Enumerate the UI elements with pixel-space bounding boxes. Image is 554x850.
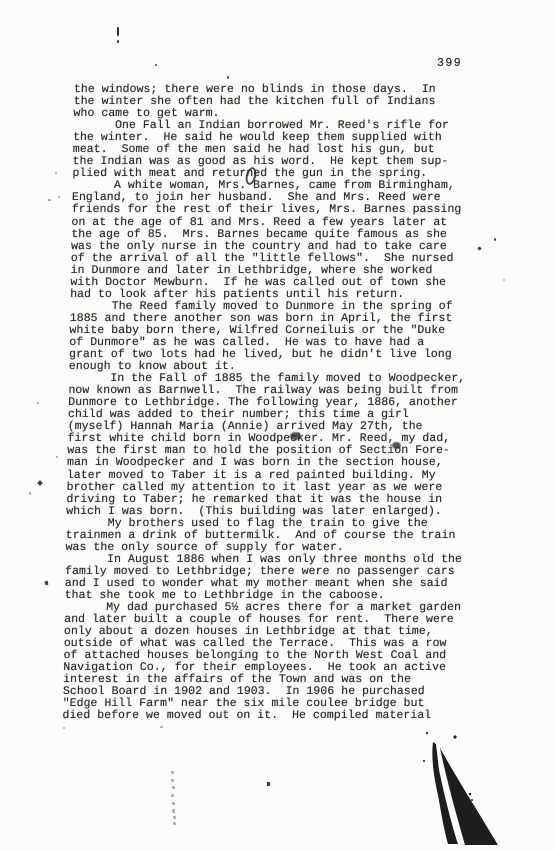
pen-mark-exclamation-icon [117,27,119,36]
fold-dot [172,786,175,789]
pen-mark-diamond [37,480,43,486]
paragraph-flag-train: My brothers used to flag the train to gi… [65,518,496,554]
paragraph-market-garden: My dad purchased 5½ acres there for a ma… [62,602,494,722]
fold-dot [171,771,174,774]
page-number: 399 [437,57,462,70]
paragraph-mrs-barnes: A white woman, Mrs. Barnes, came from Bi… [70,180,502,300]
text-block: the windows; there were no blinds in tho… [62,84,504,722]
ink-dot [426,732,428,734]
paragraph-caboose: In August 1886 when I was only three mon… [65,554,496,602]
paper-speck [29,492,31,495]
paragraph-woodpecker-birth: In the Fall of 1885 the family moved to … [66,373,499,518]
fold-dot [171,779,174,782]
fold-dot [172,809,175,813]
scanned-document-page: 399 the windows; there were no blinds in… [0,0,554,850]
paper-speck [503,279,505,281]
ink-smudge-reed [290,432,301,440]
fold-dot [171,794,174,797]
fold-dot [173,822,176,825]
ink-blot-wedge-icon [420,728,554,850]
paper-speck [155,64,157,66]
paper-speck [48,199,51,201]
paper-speck [56,456,58,458]
ink-smudge-section [392,442,401,449]
paper-speck [37,402,39,404]
paragraph-move-dunmore: The Reed family moved to Dunmore in the … [69,301,500,373]
paper-speck [55,172,57,174]
paper-speck [58,196,60,198]
fold-dot [173,816,176,819]
ink-dot [423,760,425,762]
fold-dot [172,802,175,805]
pen-mark-left-margin [45,581,49,586]
ink-dot [453,735,456,738]
ink-dot [471,799,473,801]
paper-speck [227,76,229,79]
paragraph-windows-blinds: the windows; there were no blinds in tho… [73,84,504,120]
ink-dot [469,793,471,795]
pen-mark-exclamation-dot [117,40,119,43]
paragraph-indian-rifle: One Fall an Indian borrowed Mr. Reed's r… [72,120,503,180]
paper-speck [267,782,270,786]
paper-speck [63,727,65,729]
paper-speck [494,238,496,241]
paper-speck [160,726,163,728]
